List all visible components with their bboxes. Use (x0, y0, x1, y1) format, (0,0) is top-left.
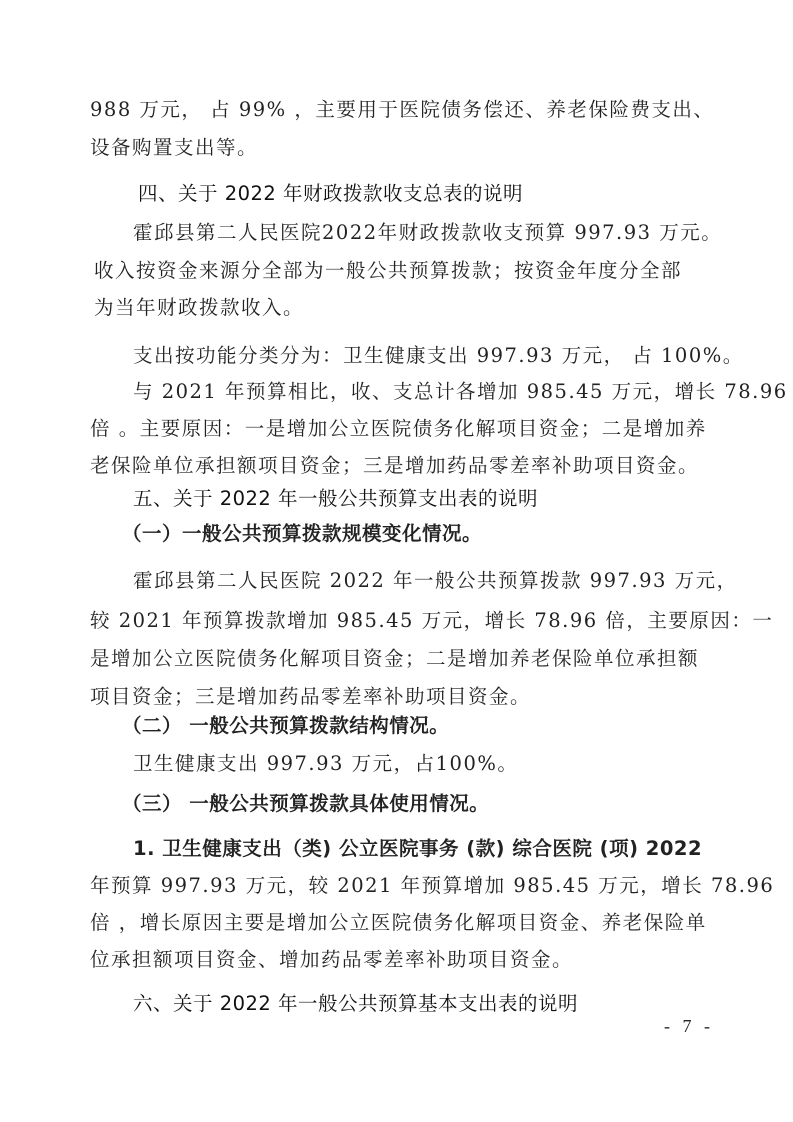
paragraph-line: 霍邱县第二人民医院 2022 年一般公共预算拨款 997.93 万元， (133, 569, 738, 593)
section-heading-5: 五、关于 2022 年一般公共预算支出表的说明 (133, 487, 538, 511)
subsection-heading-1: （一）一般公共预算拨款规模变化情况。 (122, 522, 482, 546)
paragraph-line: 收入按资金来源分全部为一般公共预算拨款；按资金年度分全部 (94, 259, 682, 283)
paragraph-line: 为当年财政拨款收入。 (94, 296, 304, 320)
subsection-heading-3: （三） 一般公共预算拨款具体使用情况。 (122, 792, 489, 816)
paragraph-line: 霍邱县第二人民医院2022年财政拨款收支预算 997.93 万元。 (133, 221, 722, 245)
paragraph-line: 是增加公立医院债务化解项目资金；二是增加养老保险单位承担额 (90, 647, 699, 671)
paragraph-line: 位承担额项目资金、增加药品零差率补助项目资金。 (90, 948, 573, 972)
paragraph-line: 老保险单位承担额项目资金；三是增加药品零差率补助项目资金。 (90, 454, 699, 478)
paragraph-line: 倍 。主要原因：一是增加公立医院债务化解项目资金；二是增加养 (90, 417, 707, 441)
section-heading-6: 六、关于 2022 年一般公共预算基本支出表的说明 (133, 992, 578, 1016)
paragraph-line: 年预算 997.93 万元，较 2021 年预算增加 985.45 万元，增长 … (90, 874, 774, 898)
paragraph-line: 设备购置支出等。 (90, 136, 258, 160)
item-heading-1: 1. 卫生健康支出（类) 公立医院事务 (款) 综合医院 (项) 2022 (133, 837, 702, 861)
paragraph-line: 较 2021 年预算拨款增加 985.45 万元，增长 78.96 倍，主要原因… (90, 609, 773, 633)
paragraph-line: 与 2021 年预算相比，收、支总计各增加 985.45 万元，增长 78.96 (133, 380, 788, 404)
paragraph-line: 倍 ，增长原因主要是增加公立医院债务化解项目资金、养老保险单 (90, 911, 707, 935)
paragraph-line: 卫生健康支出 997.93 万元，占100%。 (133, 752, 518, 776)
paragraph-line: 项目资金；三是增加药品零差率补助项目资金。 (90, 685, 531, 709)
subsection-heading-2: （二） 一般公共预算拨款结构情况。 (122, 714, 449, 738)
paragraph-line: 988 万元， 占 99% ，主要用于医院债务偿还、养老保险费支出、 (90, 98, 714, 122)
paragraph-line: 支出按功能分类分为：卫生健康支出 997.93 万元， 占 100%。 (133, 344, 744, 368)
section-heading-4: 四、关于 2022 年财政拨款收支总表的说明 (138, 182, 523, 206)
page-number: - 7 - (664, 1016, 714, 1037)
